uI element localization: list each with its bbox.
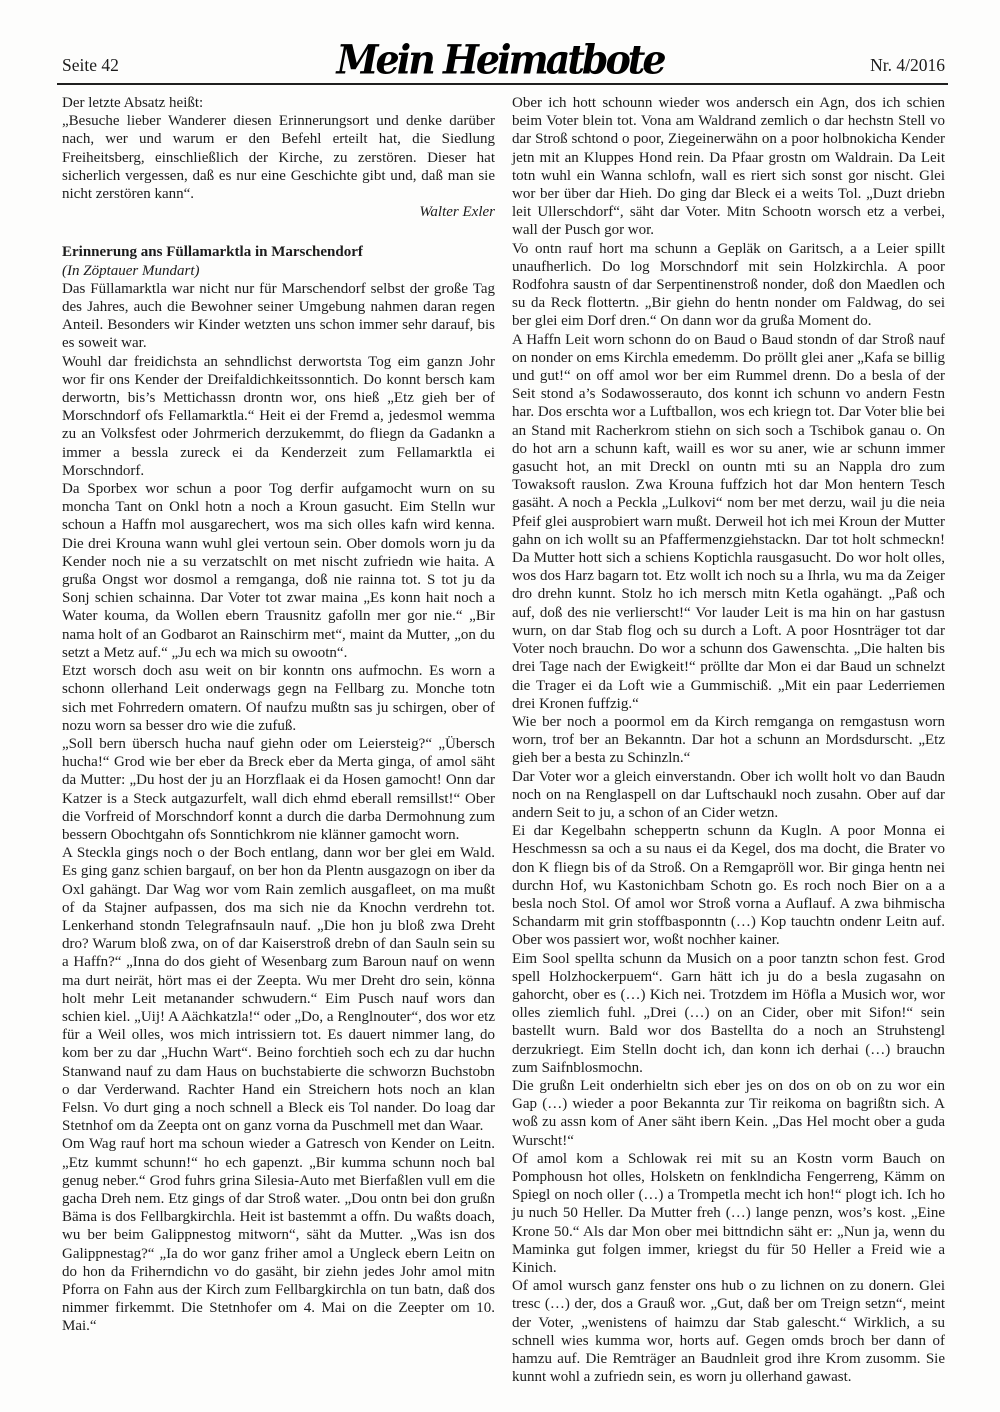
article-subtitle: (In Zöptauer Mundart)	[62, 262, 495, 280]
article-title: Erinnerung ans Füllamarktla in Marschend…	[62, 243, 495, 261]
paragraph: Etzt worsch doch asu weit on bir konntn …	[62, 662, 495, 735]
paragraph: Das Füllamarktla war nicht nur für Marsc…	[62, 280, 495, 353]
paragraph: Da Sporbex wor schun a poor Tog derfir a…	[62, 480, 495, 662]
lead-line: Der letzte Absatz heißt:	[62, 94, 495, 112]
paragraph: Vo ontn rauf hort ma schunn a Gepläk on …	[512, 240, 945, 331]
paragraph: Ei dar Kegelbahn scheppertn schunn da Ku…	[512, 822, 945, 949]
paragraph: Wie ber noch a poormol em da Kirch remga…	[512, 713, 945, 768]
paragraph: Om Wag rauf hort ma schoun wieder a Gatr…	[62, 1135, 495, 1335]
right-column: Ober ich hott schounn wieder wos andersc…	[512, 94, 945, 1386]
paragraph: A Steckla gings noch o der Boch entlang,…	[62, 844, 495, 1135]
page-header: Seite 42 Mein Heimatbote Nr. 4/2016	[0, 0, 1000, 84]
left-column: Der letzte Absatz heißt: „Besuche lieber…	[62, 94, 495, 1336]
author-byline: Walter Exler	[62, 203, 495, 221]
paragraph: Dar Voter wor a gleich einverstandn. Obe…	[512, 768, 945, 823]
paragraph: Ober ich hott schounn wieder wos andersc…	[512, 94, 945, 240]
paragraph: Eim Sool spellta schunn da Musich on a p…	[512, 950, 945, 1077]
paragraph: Die grußn Leit onderhieltn sich eber jes…	[512, 1077, 945, 1150]
paragraph: Wouhl dar freidichsta an sehndlichst der…	[62, 353, 495, 480]
paragraph: Of amol wursch ganz fenster ons hub o zu…	[512, 1277, 945, 1386]
paragraph: „Soll bern übersch hucha nauf giehn oder…	[62, 735, 495, 844]
header-divider-rule	[57, 83, 948, 85]
newspaper-page: Seite 42 Mein Heimatbote Nr. 4/2016 Der …	[0, 0, 1000, 1412]
issue-number-label: Nr. 4/2016	[870, 55, 945, 76]
masthead-logo: Mein Heimatbote	[0, 36, 1000, 83]
quote-paragraph: „Besuche lieber Wanderer diesen Erinneru…	[62, 112, 495, 203]
paragraph: Of amol kom a Schlowak rei mit su an Kos…	[512, 1150, 945, 1277]
paragraph: A Haffn Leit worn schonn do on Baud o Ba…	[512, 331, 945, 713]
